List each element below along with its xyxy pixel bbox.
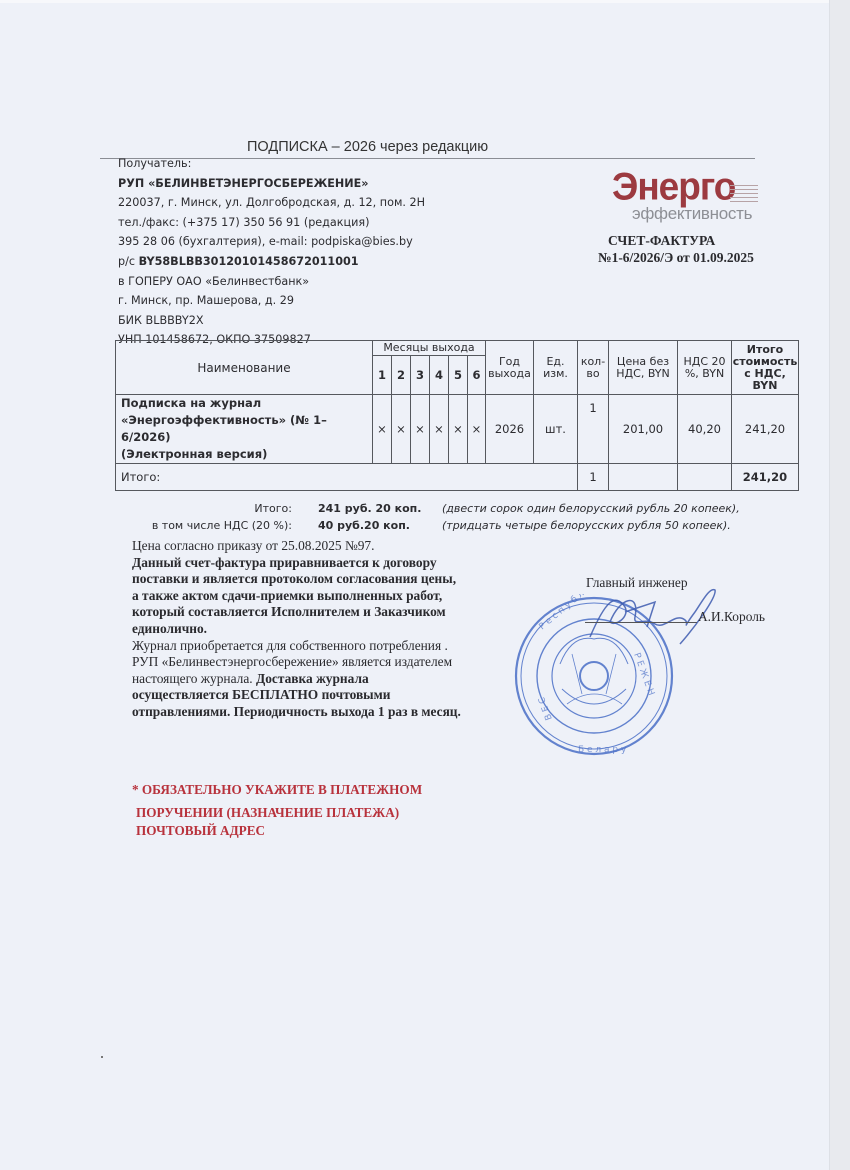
total-qty: 1 xyxy=(578,464,609,491)
account-number: BY58BLBB30120101458672011001 xyxy=(139,255,359,268)
total-price-empty xyxy=(609,464,678,491)
summary-values: 241 руб. 20 коп. 40 руб.20 коп. xyxy=(318,500,421,534)
header-month-6: 6 xyxy=(468,356,486,395)
page-top-edge xyxy=(0,0,830,3)
note-purpose: Журнал приобретается для собственного по… xyxy=(132,638,462,655)
summary-words: (двести сорок один белорусский рубль 20 … xyxy=(442,500,740,534)
month-mark-2: × xyxy=(392,395,411,464)
header-vat: НДС 20 %, BYN xyxy=(678,341,732,395)
summary-vat-value: 40 руб.20 коп. xyxy=(318,517,421,534)
logo-effektivnost: эффективность xyxy=(632,204,752,224)
item-price: 201,00 xyxy=(609,395,678,464)
header-month-5: 5 xyxy=(449,356,468,395)
summary-total-label: Итого: xyxy=(152,500,292,517)
invoice-number: №1-6/2026/Э от 01.09.2025 xyxy=(598,250,754,266)
header-month-4: 4 xyxy=(430,356,449,395)
summary-total-words: (двести сорок один белорусский рубль 20 … xyxy=(442,500,740,517)
subscription-heading: ПОДПИСКА – 2026 через редакцию xyxy=(247,139,488,155)
total-label: Итого: xyxy=(116,464,578,491)
item-total: 241,20 xyxy=(732,395,799,464)
note-publisher-delivery: РУП «Белинвестэнергосбережение» является… xyxy=(132,654,462,720)
item-unit: шт. xyxy=(534,395,578,464)
recipient-phone-email: 395 28 06 (бухгалтерия), e-mail: podpisk… xyxy=(118,232,425,252)
item-qty: 1 xyxy=(578,395,609,464)
header-months: Месяцы выхода xyxy=(373,341,486,356)
payment-warning: * ОБЯЗАТЕЛЬНО УКАЖИТЕ В ПЛАТЕЖНОМ ПОРУЧЕ… xyxy=(132,781,422,840)
recipient-bank-address: г. Минск, пр. Машерова, д. 29 xyxy=(118,291,425,311)
warning-line-3: ПОЧТОВЫЙ АДРЕС xyxy=(132,822,422,840)
month-mark-6: × xyxy=(468,395,486,464)
recipient-block: Получатель: РУП «БЕЛИНВЕТЭНЕРГОСБЕРЕЖЕНИ… xyxy=(118,154,425,350)
month-mark-1: × xyxy=(373,395,392,464)
header-month-1: 1 xyxy=(373,356,392,395)
summary-vat-label: в том числе НДС (20 %): xyxy=(152,517,292,534)
warning-line-2: ПОРУЧЕНИИ (НАЗНАЧЕНИЕ ПЛАТЕЖА) xyxy=(132,804,422,822)
item-vat: 40,20 xyxy=(678,395,732,464)
signature-line xyxy=(585,622,697,623)
summary-labels: Итого: в том числе НДС (20 %): xyxy=(152,500,292,534)
recipient-label: Получатель: xyxy=(118,154,425,174)
recipient-name: РУП «БЕЛИНВЕТЭНЕРГОСБЕРЕЖЕНИЕ» xyxy=(118,174,425,194)
table-row: Подписка на журнал «Энергоэффективность»… xyxy=(116,395,799,464)
note-price-order: Цена согласно приказу от 25.08.2025 №97. xyxy=(132,538,462,555)
summary-vat-words: (тридцать четыре белорусских рубля 50 ко… xyxy=(442,517,740,534)
warning-line-1: * ОБЯЗАТЕЛЬНО УКАЖИТЕ В ПЛАТЕЖНОМ xyxy=(132,781,422,799)
item-name-line-2: «Энергоэффективность» (№ 1–6/2026) xyxy=(121,412,372,446)
note-contract: Данный счет-фактура приравнивается к дог… xyxy=(132,555,462,638)
month-mark-3: × xyxy=(411,395,430,464)
total-amount: 241,20 xyxy=(732,464,799,491)
summary-total-value: 241 руб. 20 коп. xyxy=(318,500,421,517)
recipient-bic: БИК BLBBBY2X xyxy=(118,311,425,331)
logo-energo: Энерго xyxy=(612,165,735,209)
header-month-2: 2 xyxy=(392,356,411,395)
header-name: Наименование xyxy=(116,341,373,395)
item-name-line-3: (Электронная версия) xyxy=(121,446,372,463)
notes-block: Цена согласно приказу от 25.08.2025 №97.… xyxy=(132,538,462,721)
magazine-logo: Энерго эффективность xyxy=(612,170,762,225)
header-month-3: 3 xyxy=(411,356,430,395)
page-right-edge xyxy=(829,0,850,1170)
header-total: Итого стоимость с НДС, BYN xyxy=(732,341,799,395)
recipient-bank: в ГОПЕРУ ОАО «Белинвестбанк» xyxy=(118,272,425,292)
table-total-row: Итого: 1 241,20 xyxy=(116,464,799,491)
svg-text:Р Е Ж Е Н: Р Е Ж Е Н xyxy=(631,652,656,697)
recipient-phone: тел./факс: (+375 17) 350 56 91 (редакция… xyxy=(118,213,425,233)
header-year: Год выхода xyxy=(486,341,534,395)
month-mark-4: × xyxy=(430,395,449,464)
item-name: Подписка на журнал «Энергоэффективность»… xyxy=(116,395,373,464)
invoice-title: СЧЕТ-ФАКТУРА xyxy=(608,233,715,249)
recipient-account: р/с BY58BLBB30120101458672011001 xyxy=(118,252,425,272)
item-year: 2026 xyxy=(486,395,534,464)
signer-name: А.И.Король xyxy=(698,609,765,625)
total-vat-empty xyxy=(678,464,732,491)
scan-artifact xyxy=(101,1056,103,1058)
svg-text:В Е С: В Е С xyxy=(537,696,555,722)
logo-fine-print xyxy=(730,182,758,205)
svg-text:Б е л а р у: Б е л а р у xyxy=(578,745,627,755)
invoice-table: Наименование Месяцы выхода Год выхода Ед… xyxy=(115,340,799,491)
item-name-line-1: Подписка на журнал xyxy=(121,395,372,412)
account-prefix: р/с xyxy=(118,255,139,268)
month-mark-5: × xyxy=(449,395,468,464)
header-unit: Ед. изм. xyxy=(534,341,578,395)
header-qty: кол-во xyxy=(578,341,609,395)
recipient-address: 220037, г. Минск, ул. Долгобродская, д. … xyxy=(118,193,425,213)
header-price: Цена без НДС, BYN xyxy=(609,341,678,395)
